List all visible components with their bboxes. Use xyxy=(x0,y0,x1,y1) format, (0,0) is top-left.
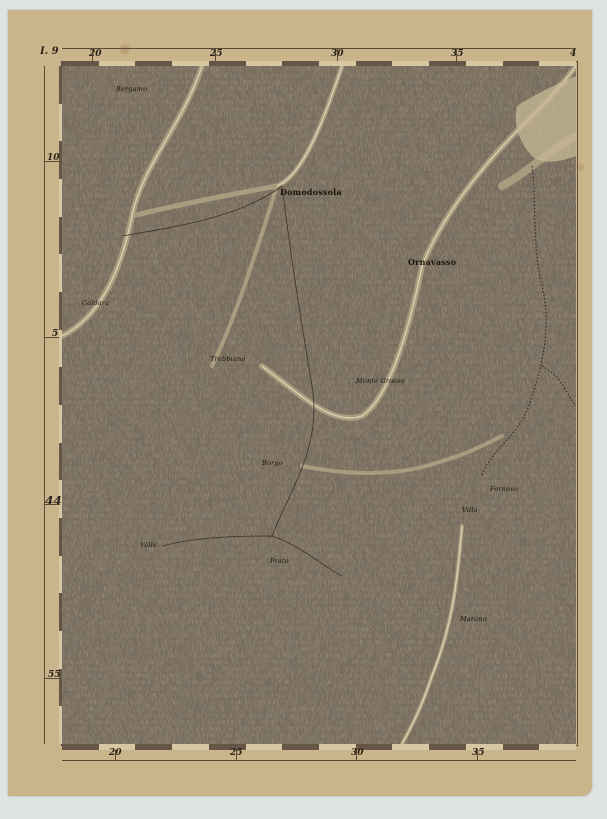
left-tick-line xyxy=(44,337,59,338)
outer-frame-bottom xyxy=(62,760,576,761)
bottom-scale-bar xyxy=(62,744,576,750)
bottom-tick-label: 35 xyxy=(472,748,485,758)
bottom-tick-line xyxy=(356,750,357,761)
place-label: Ornavasso xyxy=(408,257,456,267)
left-tick-line xyxy=(44,678,59,679)
place-label: Domodossola xyxy=(280,187,342,197)
top-tick-line xyxy=(92,48,93,61)
place-label: Valle xyxy=(140,541,157,549)
place-label: Marano xyxy=(460,615,487,623)
place-label: Prato xyxy=(270,557,289,565)
place-label: Bergamo xyxy=(116,85,147,93)
left-tick-label: 44 xyxy=(45,494,62,508)
sheet-id-label: I. 9 xyxy=(40,46,59,57)
left-tick-line xyxy=(44,161,59,162)
top-tick-label: 25 xyxy=(210,49,223,59)
outer-frame-left xyxy=(44,66,45,744)
place-label: Caldara xyxy=(82,299,109,307)
bottom-tick-label: 30 xyxy=(351,748,364,758)
bottom-tick-line xyxy=(115,750,116,761)
top-tick-label: 4 xyxy=(570,49,576,59)
top-tick-line xyxy=(215,48,216,61)
place-label: Borgo xyxy=(262,459,283,467)
topographic-map: Domodossola Ornavasso Trebbiano Borgo Pr… xyxy=(62,66,576,744)
bottom-tick-line xyxy=(477,750,478,761)
place-label: Trebbiano xyxy=(210,355,245,363)
place-label: Fornovo xyxy=(490,485,518,493)
left-tick-line xyxy=(44,504,59,505)
place-label: Monte Grosso xyxy=(356,377,404,385)
top-tick-line xyxy=(456,48,457,61)
place-label: Villa xyxy=(462,506,478,514)
top-tick-label: 20 xyxy=(89,49,102,59)
outer-frame-top xyxy=(62,48,576,49)
top-tick-line xyxy=(337,48,338,61)
bottom-tick-line xyxy=(236,750,237,761)
top-tick-label: 35 xyxy=(451,49,464,59)
